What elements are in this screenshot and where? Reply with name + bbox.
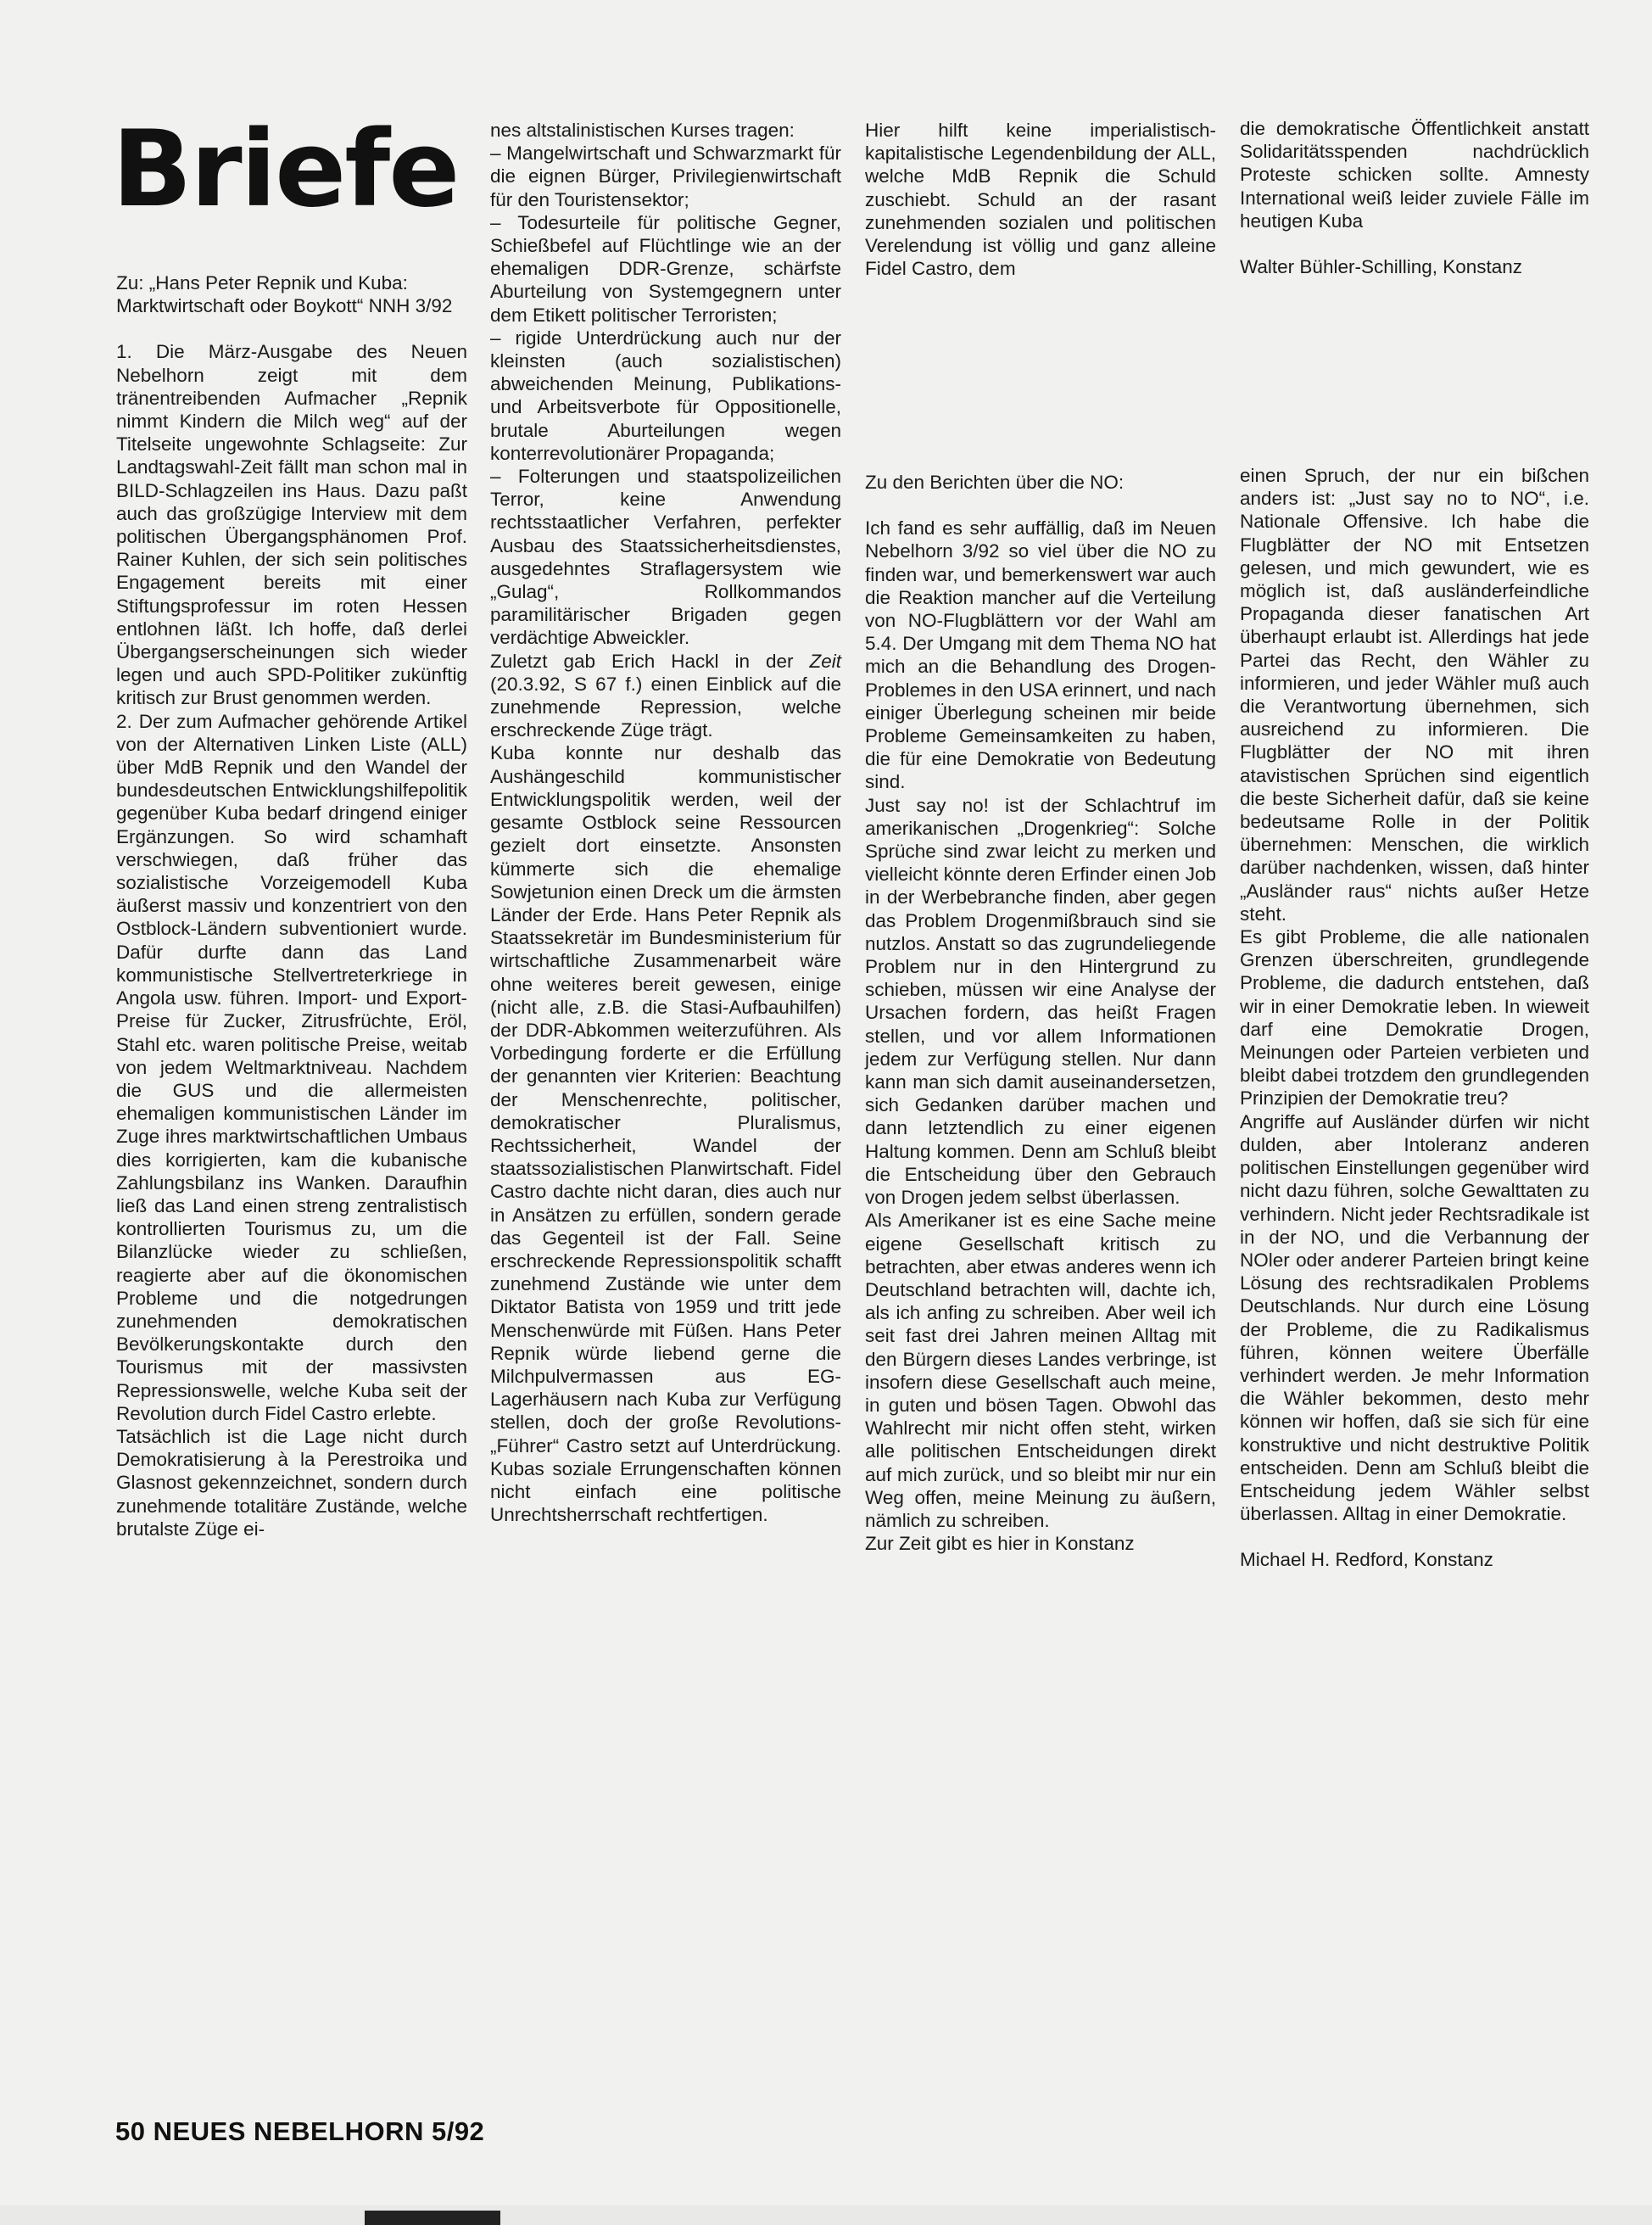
letter-1-list-item: – Mangelwirtschaft und Schwarzmarkt für … [490,142,841,211]
letter-1-paragraph: die demokratische Öffentlichkeit anstatt… [1240,117,1589,232]
column-3-top: Hier hilft keine imperialistisch-kapital… [865,119,1216,280]
publication-name: Zeit [809,651,841,672]
letter-2-paragraph: Es gibt Probleme, die alle nationalen Gr… [1240,925,1589,1110]
letter-2-signature: Michael H. Redford, Konstanz [1240,1548,1589,1571]
magazine-page: Briefe Zu: „Hans Peter Repnik und Kuba: … [0,0,1652,2225]
letter-1-paragraph: 2. Der zum Aufmacher gehörende Artikel v… [116,710,467,1425]
letter-1-list-item: – Folterungen und staatspolizeilichen Te… [490,465,841,650]
letter-2-paragraph: Als Amerikaner ist es eine Sache meine e… [865,1209,1216,1532]
column-4-top: die demokratische Öffentlichkeit anstatt… [1240,117,1589,278]
scan-edge [0,2205,1652,2225]
column-3-bottom: Zu den Berichten über die NO: Ich fand e… [865,471,1216,1555]
letter-1-reference: Zu: „Hans Peter Repnik und Kuba: Marktwi… [116,271,467,317]
page-title: Briefe [112,117,458,222]
letter-1-signature: Walter Bühler-Schilling, Konstanz [1240,255,1589,278]
page-footer: 50 NEUES NEBELHORN 5/92 [115,2116,484,2147]
column-4-bottom: einen Spruch, der nur ein bißchen anders… [1240,464,1589,1572]
letter-1-paragraph: Kuba konnte nur deshalb das Aushängeschi… [490,741,841,1526]
next-page-edge-mark [365,2211,500,2225]
column-1: Zu: „Hans Peter Repnik und Kuba: Marktwi… [116,271,467,1540]
letter-2-reference: Zu den Berichten über die NO: [865,471,1216,494]
letter-2-paragraph: einen Spruch, der nur ein bißchen anders… [1240,464,1589,925]
letter-1-paragraph: Zuletzt gab Erich Hackl in der Zeit (20.… [490,650,841,742]
letter-1-list-item: – rigide Unterdrückung auch nur der klei… [490,327,841,465]
letter-1-paragraph: nes altstalinistischen Kurses tragen: [490,119,841,142]
letter-2-paragraph: Just say no! ist der Schlachtruf im amer… [865,794,1216,1210]
column-2: nes altstalinistischen Kurses tragen: – … [490,119,841,1526]
letter-1-list-item: – Todesurteile für politische Gegner, Sc… [490,211,841,327]
letter-2-paragraph: Angriffe auf Ausländer dürfen wir nicht … [1240,1110,1589,1526]
letter-2-paragraph: Ich fand es sehr auffällig, daß im Neuen… [865,517,1216,793]
letter-1-paragraph: Tatsächlich ist die Lage nicht durch Dem… [116,1425,467,1540]
letter-2-paragraph: Zur Zeit gibt es hier in Konstanz [865,1532,1216,1555]
letter-1-paragraph: Hier hilft keine imperialistisch-kapital… [865,119,1216,280]
letter-1-paragraph: 1. Die März-Ausgabe des Neuen Nebelhorn … [116,340,467,709]
